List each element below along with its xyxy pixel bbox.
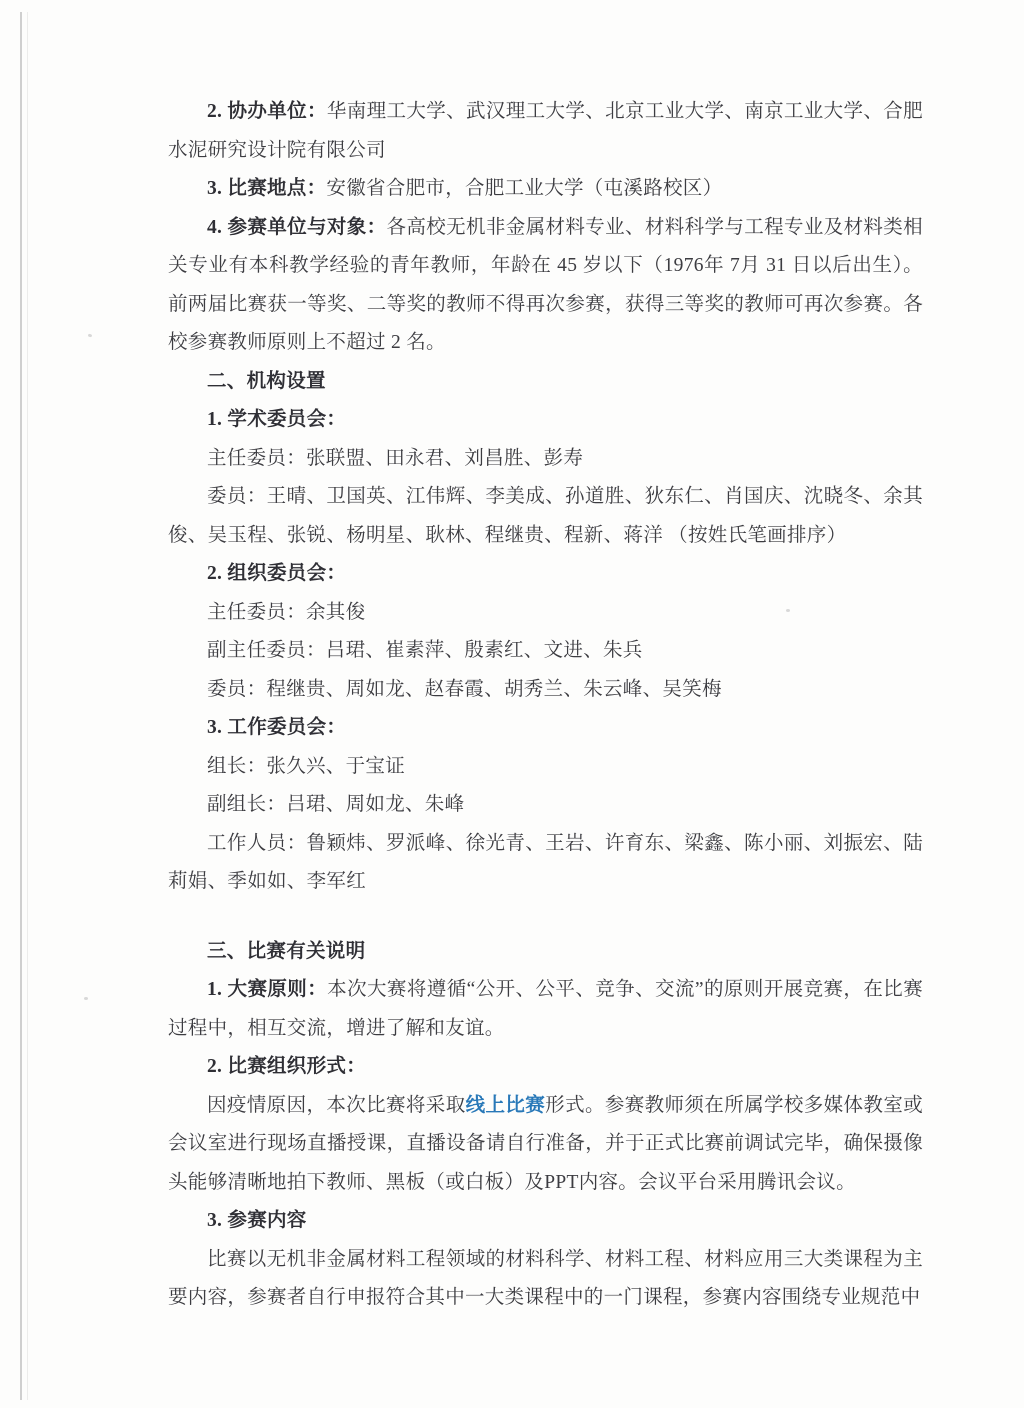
paragraph-organization-format-body: 因疫情原因，本次比赛将采取线上比赛形式。参赛教师须在所属学校多媒体教室或会议室进…: [168, 1087, 923, 1203]
paragraph-academic-committee-chairs: 主任委员：张联盟、田永君、刘昌胜、彭寿: [168, 440, 923, 479]
paragraph-participants: 4. 参赛单位与对象：各高校无机非金属材料专业、材料科学与工程专业及材料类相关专…: [168, 209, 923, 363]
heading-text-run: 2. 比赛组织形式：: [207, 1056, 366, 1077]
paragraph-venue: 3. 比赛地点：安徽省合肥市，合肥工业大学（屯溪路校区）: [168, 170, 923, 209]
text-run: 组长：张久兴、于宝证: [207, 756, 405, 777]
heading-text-run: 2. 协办单位：: [207, 101, 327, 122]
heading-text-run: 二、机构设置: [207, 371, 326, 392]
text-run: 副主任委员：吕珺、崔素萍、殷素红、文进、朱兵: [207, 640, 643, 661]
heading-text-run: 2. 组织委员会：: [207, 563, 346, 584]
heading-text-run: 3. 工作委员会：: [207, 717, 346, 738]
text-run: 委员：王晴、卫国英、江伟辉、李美成、孙道胜、狄东仁、肖国庆、沈晓冬、余其俊、吴玉…: [168, 486, 923, 546]
paragraph-organization-format-heading: 2. 比赛组织形式：: [168, 1048, 923, 1087]
paragraph-academic-committee-members: 委员：王晴、卫国英、江伟辉、李美成、孙道胜、狄东仁、肖国庆、沈晓冬、余其俊、吴玉…: [168, 478, 923, 555]
heading-text-run: 3. 比赛地点：: [207, 178, 326, 199]
paragraph-working-committee-staff: 工作人员：鲁颖炜、罗派峰、徐光青、王岩、许育东、梁鑫、陈小丽、刘振宏、陆莉娟、季…: [168, 825, 923, 902]
text-run: 主任委员：余其俊: [207, 602, 365, 623]
document-content: 2. 协办单位：华南理工大学、武汉理工大学、北京工业大学、南京工业大学、合肥水泥…: [168, 93, 923, 1318]
paragraph-working-committee-heading: 3. 工作委员会：: [168, 709, 923, 748]
paragraph-entry-content-heading: 3. 参赛内容: [168, 1202, 923, 1241]
heading-text-run: 三、比赛有关说明: [207, 941, 365, 962]
heading-text-run: 1. 学术委员会：: [207, 409, 346, 430]
paragraph-working-committee-vice-leaders: 副组长：吕珺、周如龙、朱峰: [168, 786, 923, 825]
paragraph-competition-principles: 1. 大赛原则：本次大赛将遵循“公开、公平、竞争、交流”的原则开展竞赛，在比赛过…: [168, 971, 923, 1048]
heading-text-run: 3. 参赛内容: [207, 1210, 307, 1231]
text-run: 委员：程继贵、周如龙、赵春霞、胡秀兰、朱云峰、吴笑梅: [207, 679, 722, 700]
scan-edge-line-faint: [27, 12, 28, 1400]
scan-speck: [88, 333, 93, 337]
paragraph-entry-content-body: 比赛以无机非金属材料工程领域的材料科学、材料工程、材料应用三大类课程为主要内容，…: [168, 1241, 923, 1318]
online-competition-highlight: 线上比赛: [466, 1095, 546, 1116]
paragraph-organizing-committee-chair: 主任委员：余其俊: [168, 594, 923, 633]
paragraph-organizing-committee-members: 委员：程继贵、周如龙、赵春霞、胡秀兰、朱云峰、吴笑梅: [168, 671, 923, 710]
text-run: 安徽省合肥市，合肥工业大学（屯溪路校区）: [326, 178, 722, 199]
text-run: 比赛以无机非金属材料工程领域的材料科学、材料工程、材料应用三大类课程为主要内容，…: [168, 1249, 923, 1309]
paragraph-academic-committee-heading: 1. 学术委员会：: [168, 401, 923, 440]
text-run: 副组长：吕珺、周如龙、朱峰: [207, 794, 464, 815]
paragraph-organizing-committee-vice-chairs: 副主任委员：吕珺、崔素萍、殷素红、文进、朱兵: [168, 632, 923, 671]
heading-text-run: 1. 大赛原则：: [207, 979, 327, 1000]
paragraph-section-two-heading: 二、机构设置: [168, 363, 923, 402]
document-page: 2. 协办单位：华南理工大学、武汉理工大学、北京工业大学、南京工业大学、合肥水泥…: [0, 0, 1024, 1408]
text-run: 因疫情原因，本次比赛将采取: [207, 1095, 466, 1116]
text-run: 工作人员：鲁颖炜、罗派峰、徐光青、王岩、许育东、梁鑫、陈小丽、刘振宏、陆莉娟、季…: [168, 833, 923, 893]
paragraph-organizing-committee-heading: 2. 组织委员会：: [168, 555, 923, 594]
text-run: 主任委员：张联盟、田永君、刘昌胜、彭寿: [207, 448, 583, 469]
heading-text-run: 4. 参赛单位与对象：: [207, 217, 386, 238]
scan-edge-line: [20, 12, 22, 1400]
paragraph-section-three-heading: 三、比赛有关说明: [168, 933, 923, 972]
paragraph-working-committee-leaders: 组长：张久兴、于宝证: [168, 748, 923, 787]
scan-speck: [84, 997, 88, 1000]
paragraph-co-organizers: 2. 协办单位：华南理工大学、武汉理工大学、北京工业大学、南京工业大学、合肥水泥…: [168, 93, 923, 170]
